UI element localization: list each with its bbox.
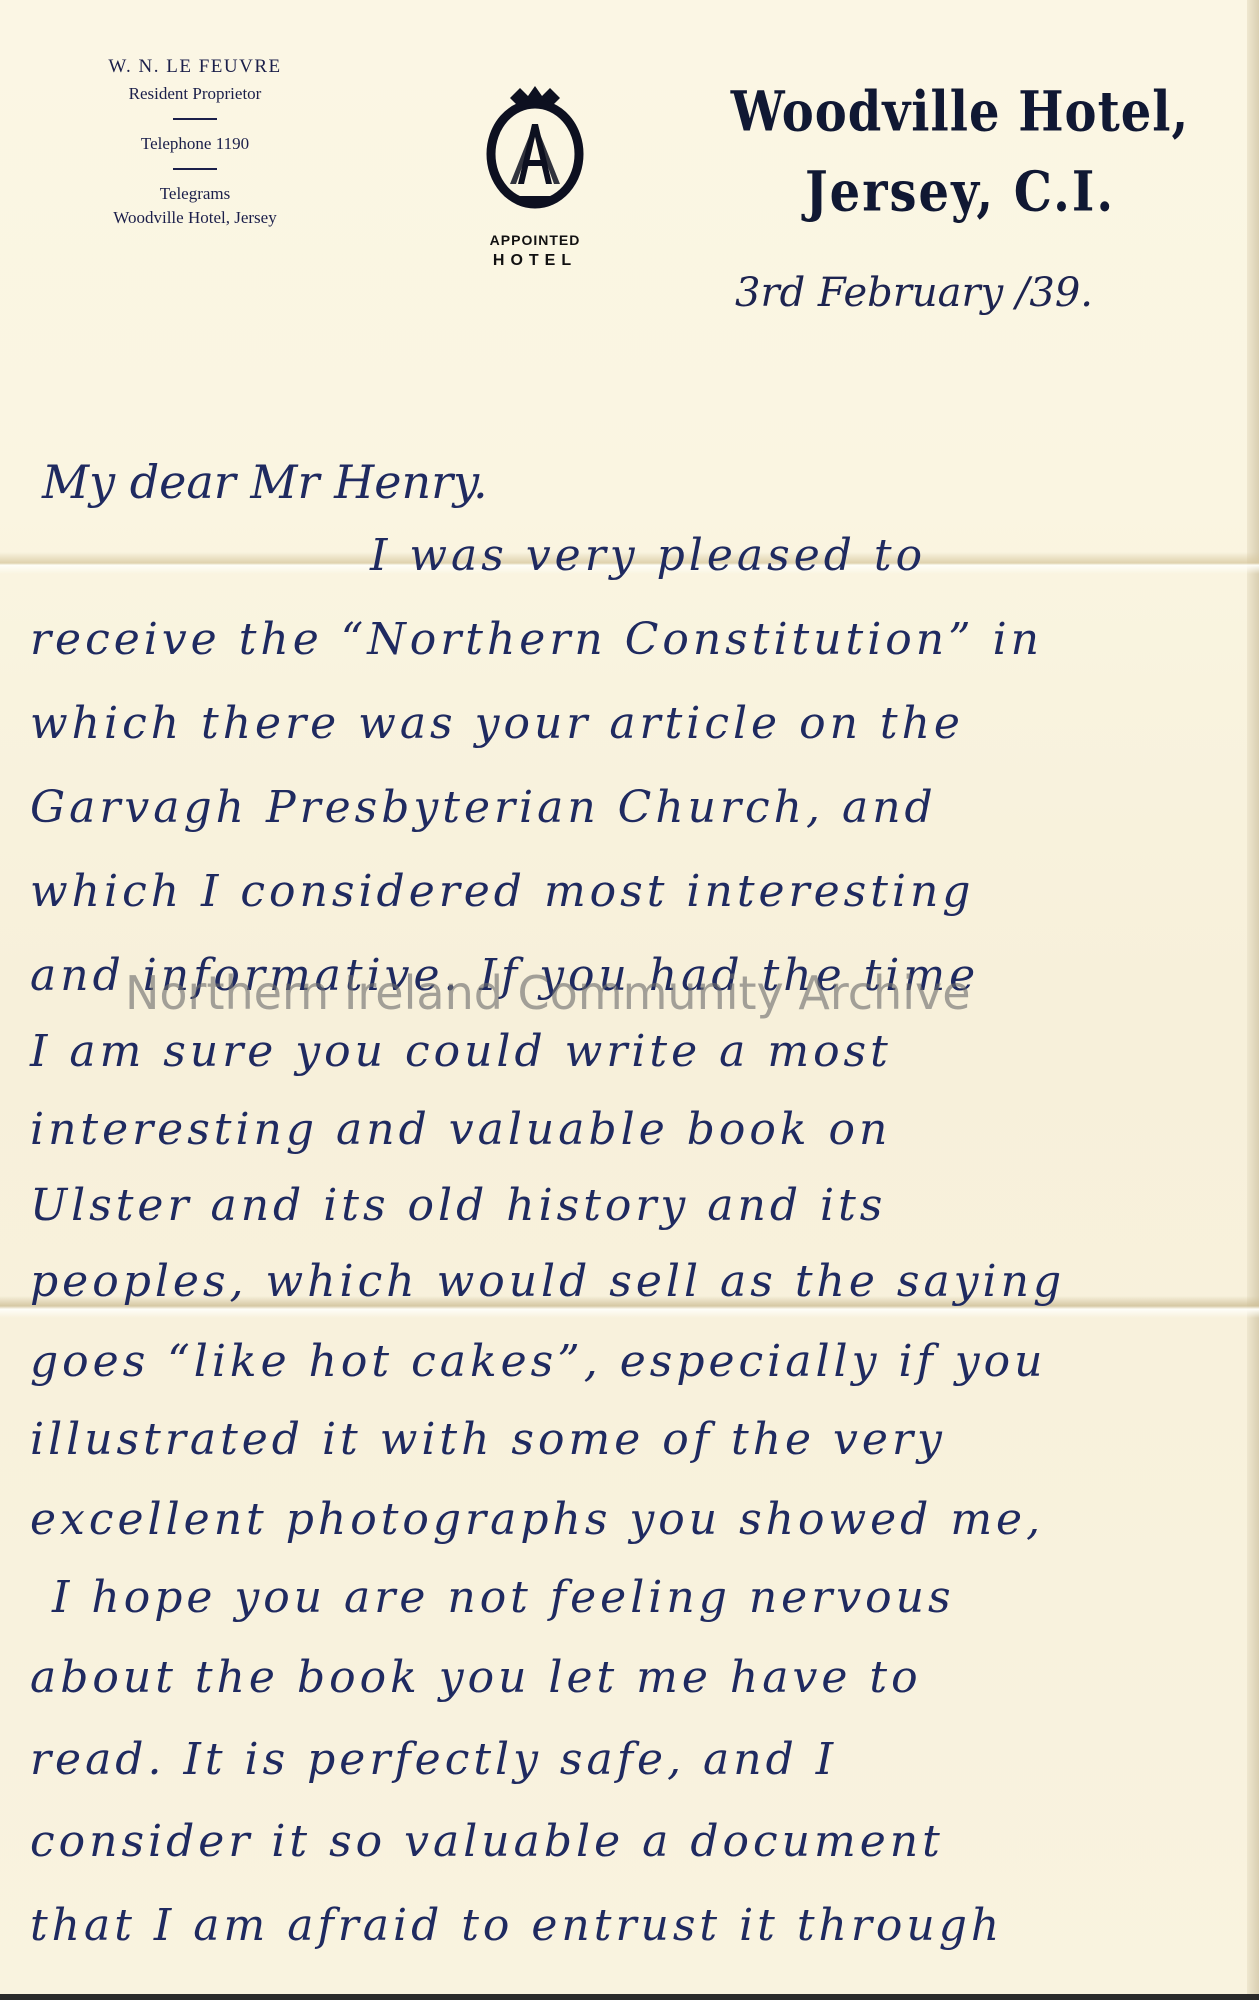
telegrams-address: Woodville Hotel, Jersey [40,208,350,228]
letter-line: which there was your article on the [30,698,964,749]
letter-line: receive the “Northern Constitution” in [30,614,1043,665]
letter-line: Ulster and its old history and its [30,1180,886,1231]
letter-line: that I am afraid to entrust it through [30,1900,1003,1951]
letter-line: interesting and valuable book on [30,1104,891,1155]
salutation: My dear Mr Henry. [42,455,488,509]
telephone-number: Telephone 1190 [40,134,350,154]
aa-badge-icon [480,84,590,214]
paper-edge [1247,0,1259,2000]
divider [173,118,217,120]
divider [173,168,217,170]
letter-line: about the book you let me have to [30,1652,922,1703]
proprietor-role: Resident Proprietor [40,84,350,104]
letter-line: I am sure you could write a most [30,1026,892,1077]
badge-line-1: APPOINTED [460,232,610,248]
letter-page: W. N. LE FEUVRE Resident Proprietor Tele… [0,0,1259,2000]
hotel-name-line-2: Jersey, C.I. [680,160,1240,224]
hotel-name-line-1: Woodville Hotel, [680,80,1240,144]
aa-appointed-caption: APPOINTED HOTEL [460,232,610,270]
letter-line: consider it so valuable a document [30,1816,944,1867]
letter-line: I was very pleased to [370,530,926,581]
letter-line: peoples, which would sell as the saying [30,1256,1065,1307]
letter-line: goes “like hot cakes”, especially if you [30,1336,1047,1387]
letter-line: I hope you are not feeling nervous [52,1572,955,1623]
scan-border [0,1994,1259,2000]
letter-date: 3rd February /39. [735,270,1093,316]
letter-line: Garvagh Presbyterian Church, and [30,782,937,833]
letterhead-contact-block: W. N. LE FEUVRE Resident Proprietor Tele… [40,56,350,228]
badge-line-2: HOTEL [460,252,610,270]
letter-line: illustrated it with some of the very [30,1414,946,1465]
letter-line: read. It is perfectly safe, and I [30,1734,837,1785]
hotel-name-heading: Woodville Hotel, Jersey, C.I. [680,84,1240,220]
letter-line: excellent photographs you showed me, [30,1494,1044,1545]
letter-line: which I considered most interesting [30,866,974,917]
proprietor-name: W. N. LE FEUVRE [40,56,350,78]
telegrams-label: Telegrams [40,184,350,204]
archive-watermark: Northern Ireland Community Archive [125,966,971,1020]
